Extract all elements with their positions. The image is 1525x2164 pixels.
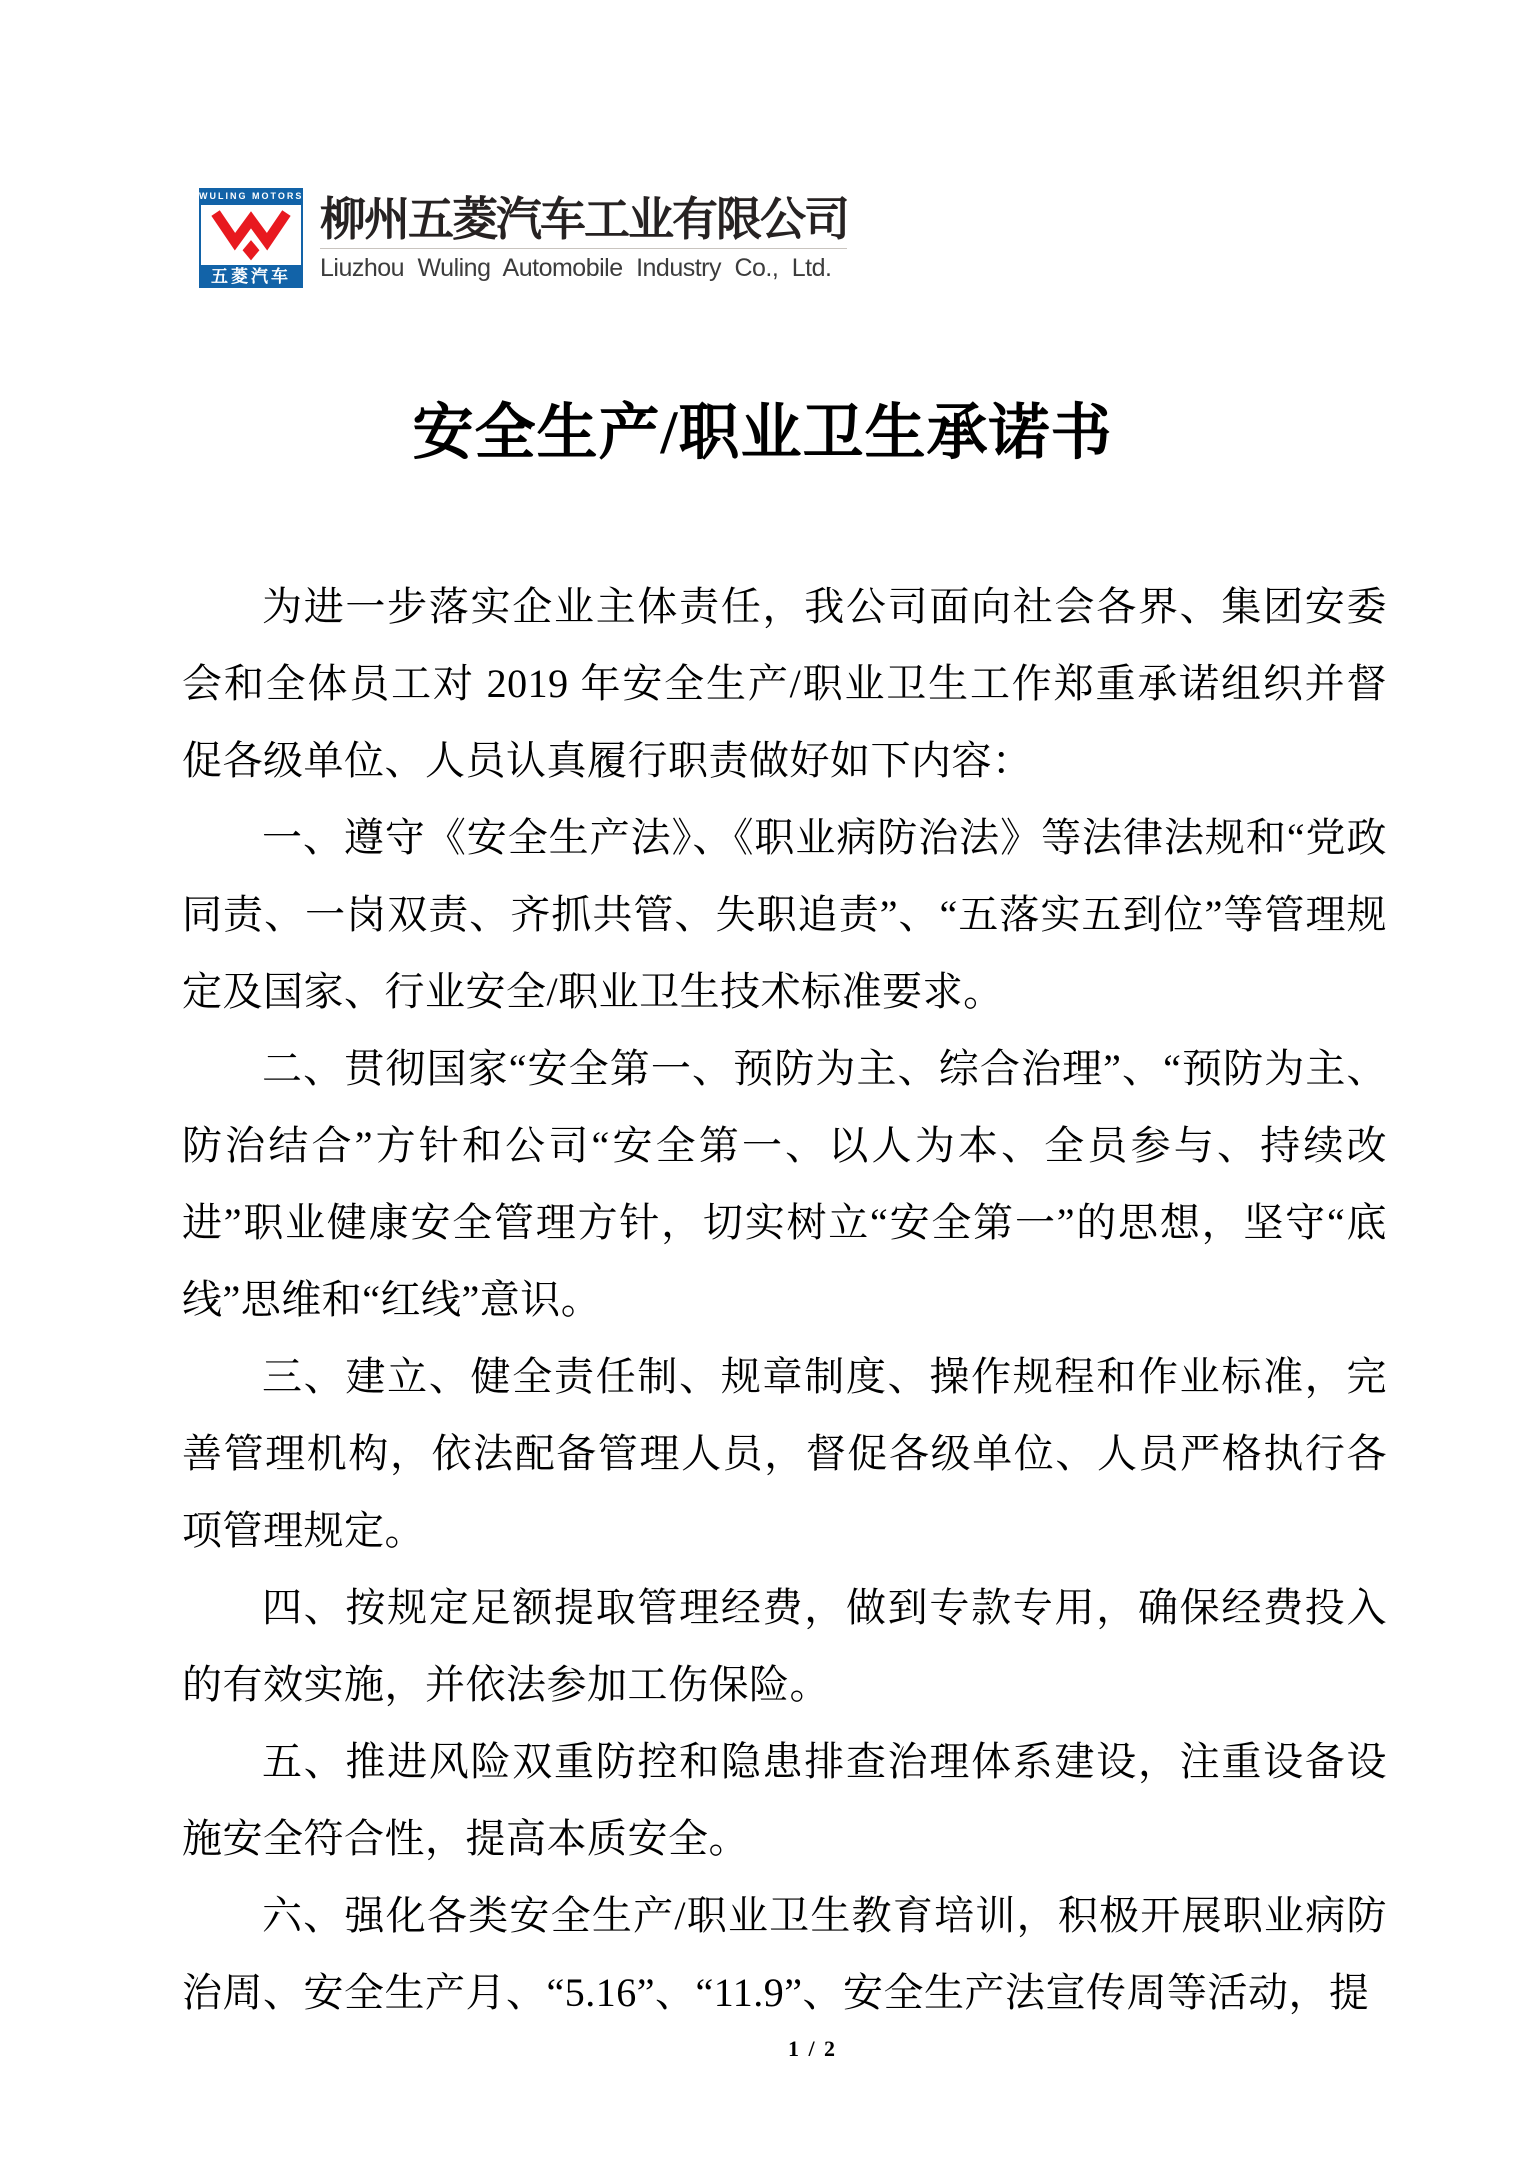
body-paragraph: 二、贯彻国家“安全第一、预防为主、综合治理”、“预防为主、防治结合”方针和公司“… [182, 1030, 1387, 1338]
document-body: 为进一步落实企业主体责任，我公司面向社会各界、集团安委会和全体员工对 2019 … [182, 568, 1387, 2031]
body-paragraph: 为进一步落实企业主体责任，我公司面向社会各界、集团安委会和全体员工对 2019 … [182, 568, 1387, 799]
company-name-en: Liuzhou Wuling Automobile Industry Co., … [320, 254, 847, 283]
wuling-logo: WULING MOTORS 五菱汽车 [199, 188, 303, 288]
wuling-emblem-panel [199, 205, 303, 265]
body-paragraph: 六、强化各类安全生产/职业卫生教育培训，积极开展职业病防治周、安全生产月、“5.… [182, 1877, 1387, 2031]
body-paragraph: 三、建立、健全责任制、规章制度、操作规程和作业标准，完善管理机构，依法配备管理人… [182, 1338, 1387, 1569]
body-paragraph: 一、遵守《安全生产法》、《职业病防治法》等法律法规和“党政同责、一岗双责、齐抓共… [182, 799, 1387, 1030]
company-letterhead: WULING MOTORS 五菱汽车 柳州五菱汽车工业有限公司 Liuzhou … [199, 188, 847, 288]
page-number: 1 / 2 [788, 2036, 837, 2062]
company-name-block: 柳州五菱汽车工业有限公司 Liuzhou Wuling Automobile I… [320, 188, 847, 283]
company-name-zh: 柳州五菱汽车工业有限公司 [320, 194, 847, 244]
wuling-cn-banner: 五菱汽车 [199, 265, 303, 288]
body-paragraph: 五、推进风险双重防控和隐患排查治理体系建设，注重设备设施安全符合性，提高本质安全… [182, 1723, 1387, 1877]
page-title: 安全生产/职业卫生承诺书 [0, 398, 1525, 470]
document-page: WULING MOTORS 五菱汽车 柳州五菱汽车工业有限公司 Liuzhou … [0, 0, 1525, 2164]
letterhead-divider [320, 248, 847, 249]
wuling-motors-banner: WULING MOTORS [199, 188, 303, 205]
body-paragraph: 四、按规定足额提取管理经费，做到专款专用，确保经费投入的有效实施，并依法参加工伤… [182, 1569, 1387, 1723]
wuling-w-diamond-icon [208, 208, 294, 262]
